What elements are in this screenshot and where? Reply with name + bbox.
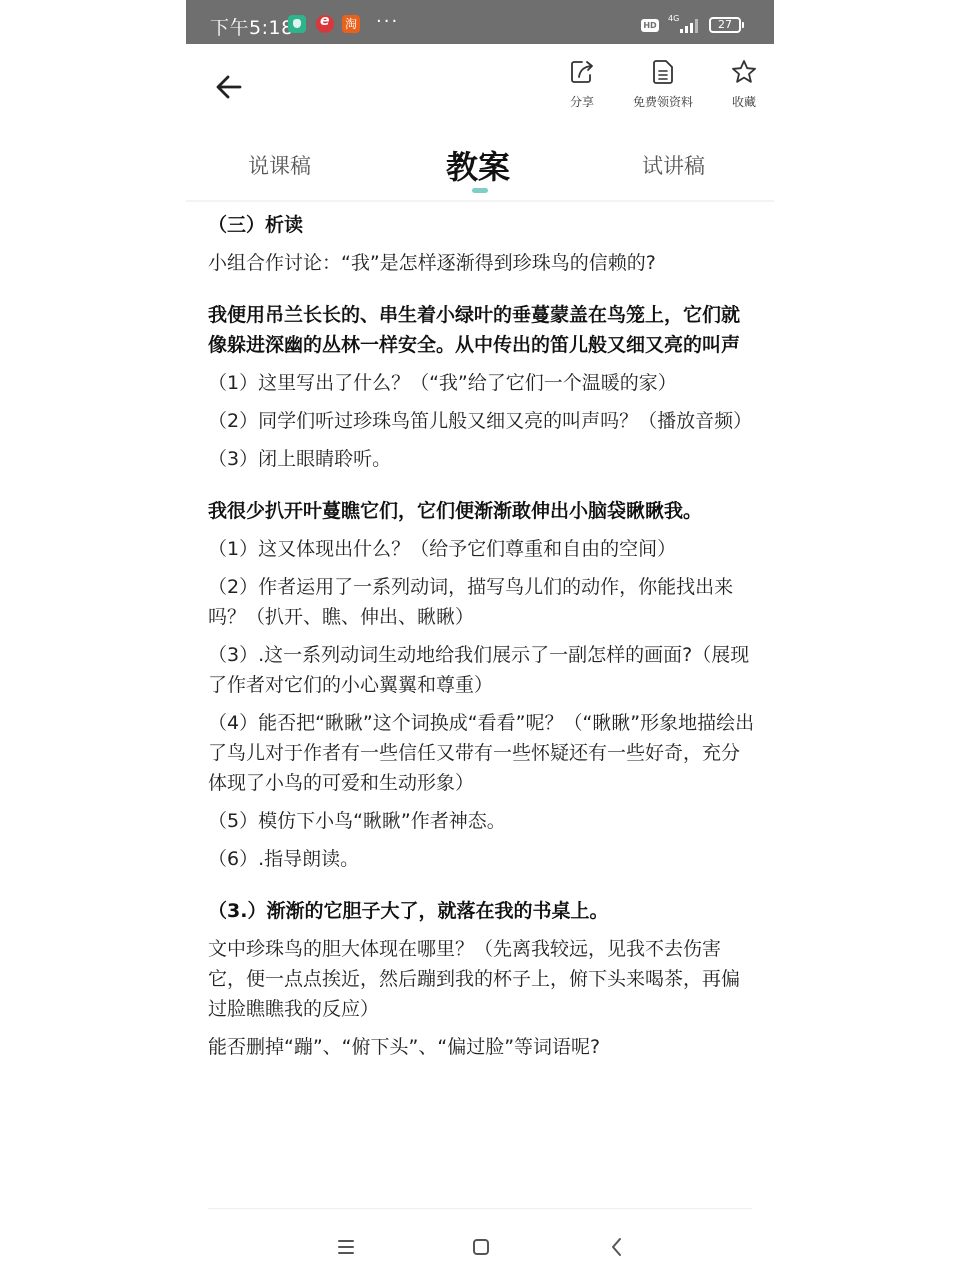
system-nav-bar <box>186 1214 774 1274</box>
star-icon <box>730 58 758 86</box>
question-item: （5）模仿下小鸟“瞅瞅”作者神态。 <box>208 806 756 836</box>
more-notifications-icon: ··· <box>376 11 399 32</box>
taobao-app-icon: 淘 <box>342 15 360 33</box>
free-materials-button[interactable]: 免费领资料 <box>626 58 700 110</box>
passage-quote-1: 我便用吊兰长长的、串生着小绿叶的垂蔓蒙盖在鸟笼上，它们就像躲进深幽的丛林一样安全… <box>208 300 756 360</box>
tab-trial-lecture[interactable]: 试讲稿 <box>642 150 705 180</box>
hd-icon: HD <box>641 19 659 32</box>
share-button[interactable]: 分享 <box>564 58 600 110</box>
passage-quote-2: 我很少扒开叶蔓瞧它们，它们便渐渐敢伸出小脑袋瞅瞅我。 <box>208 496 756 526</box>
lesson-content: （三）析读 小组合作讨论：“我”是怎样逐渐得到珍珠鸟的信赖的? 我便用吊兰长长的… <box>208 210 756 1062</box>
document-icon <box>649 58 677 86</box>
question-item: 文中珍珠鸟的胆大体现在哪里？（先离我较远，见我不去伤害它，便一点点挨近，然后蹦到… <box>208 934 756 1024</box>
bottom-divider <box>208 1208 752 1209</box>
home-button[interactable] <box>466 1232 496 1262</box>
question-item: （6）.指导朗读。 <box>208 844 756 874</box>
question-item: （2）作者运用了一系列动词，描写鸟儿们的动作，你能找出来吗？（扒开、瞧、伸出、瞅… <box>208 572 756 632</box>
menu-icon <box>331 1232 361 1262</box>
back-icon <box>602 1232 632 1262</box>
section-title: （三）析读 <box>208 210 756 240</box>
back-button[interactable] <box>212 70 246 104</box>
phone-screen: 下午5:18 淘 ··· HD 4G 27 分享 <box>186 0 774 1280</box>
share-icon <box>568 58 596 86</box>
shield-app-icon <box>288 15 306 33</box>
tab-lesson-plan[interactable]: 教案 <box>446 142 510 188</box>
question-item: （4）能否把“瞅瞅”这个词换成“看看”呢？（“瞅瞅”形象地描绘出了鸟儿对于作者有… <box>208 708 756 798</box>
status-time: 下午5:18 <box>210 13 294 40</box>
recent-apps-button[interactable] <box>331 1232 361 1262</box>
share-label: 分享 <box>564 93 600 110</box>
status-bar: 下午5:18 淘 ··· HD 4G 27 <box>186 0 774 44</box>
question-item: 能否删掉“蹦”、“俯下头”、“偏过脸”等词语呢? <box>208 1032 756 1062</box>
toolbar: 分享 免费领资料 收藏 <box>186 44 774 124</box>
active-tab-indicator <box>472 188 488 193</box>
red-e-app-icon <box>316 15 334 33</box>
discussion-prompt: 小组合作讨论：“我”是怎样逐渐得到珍珠鸟的信赖的? <box>208 248 756 278</box>
system-back-button[interactable] <box>602 1232 632 1262</box>
passage-quote-3: （3.）渐渐的它胆子大了，就落在我的书桌上。 <box>208 896 756 926</box>
tab-bar: 说课稿 教案 试讲稿 <box>186 130 774 200</box>
tab-lecture-draft[interactable]: 说课稿 <box>248 150 311 180</box>
question-item: （3）闭上眼睛聆听。 <box>208 444 756 474</box>
arrow-left-icon <box>212 70 246 104</box>
favorite-label: 收藏 <box>726 93 762 110</box>
favorite-button[interactable]: 收藏 <box>726 58 762 110</box>
free-materials-label: 免费领资料 <box>626 93 700 110</box>
question-item: （1）这里写出了什么？（“我”给了它们一个温暖的家） <box>208 368 756 398</box>
battery-icon: 27 <box>709 17 741 33</box>
home-icon <box>466 1232 496 1262</box>
signal-icon <box>676 19 700 33</box>
question-item: （2）同学们听过珍珠鸟笛儿般又细又亮的叫声吗？（播放音频） <box>208 406 756 436</box>
question-item: （3）.这一系列动词生动地给我们展示了一副怎样的画面?（展现了作者对它们的小心翼… <box>208 640 756 700</box>
question-item: （1）这又体现出什么？（给予它们尊重和自由的空间） <box>208 534 756 564</box>
tab-divider <box>186 200 774 202</box>
